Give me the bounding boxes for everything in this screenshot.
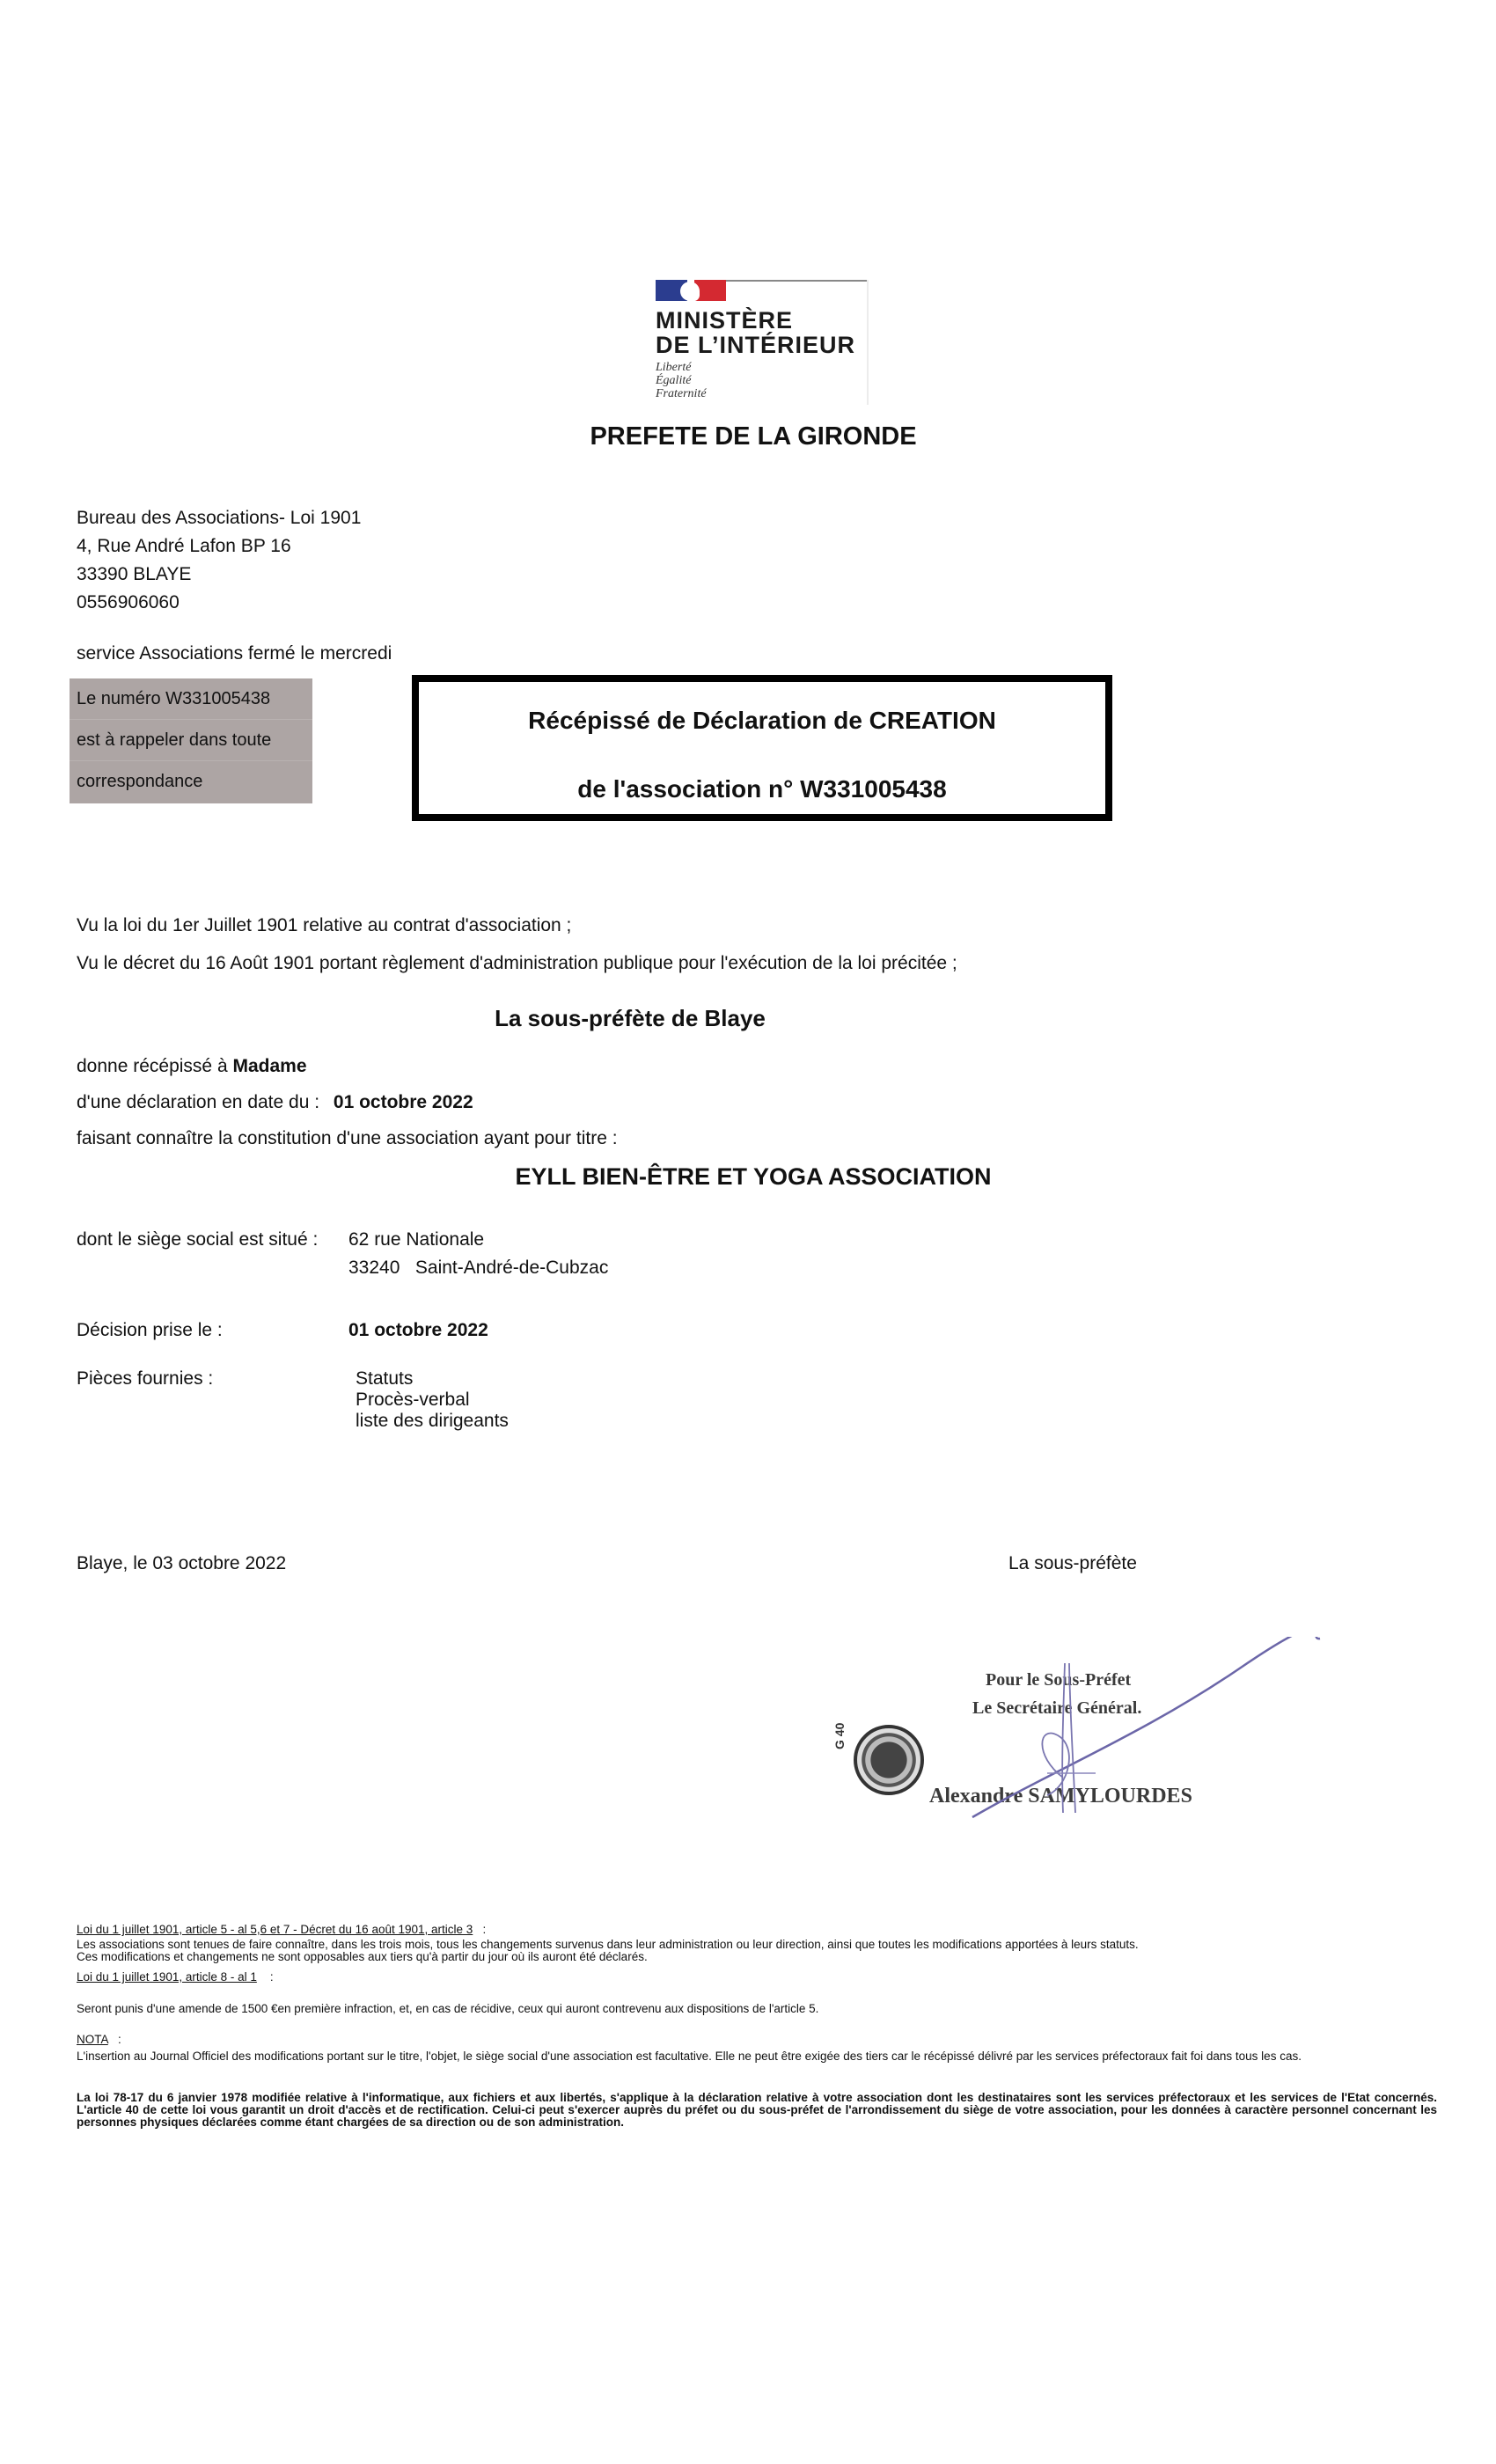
footer-paragraph-fine: Seront punis d'une amende de 1500 €en pr…: [77, 2003, 1449, 2015]
phone-number: 0556906060: [77, 589, 361, 617]
office-address: Bureau des Associations- Loi 1901 4, Rue…: [77, 504, 361, 617]
legal-basis-law: Vu la loi du 1er Juillet 1901 relative a…: [77, 915, 571, 936]
recipient-line: donne récépissé à Madame: [77, 1056, 307, 1077]
address-line: 4, Rue André Lafon BP 16: [77, 532, 361, 561]
document-item: liste des dirigeants: [356, 1411, 509, 1432]
decision-label: Décision prise le :: [77, 1320, 223, 1341]
documents-list: Statuts Procès-verbal liste des dirigean…: [356, 1368, 509, 1432]
reminder-line: Le numéro W331005438: [70, 678, 312, 720]
authority-heading: PREFETE DE LA GIRONDE: [0, 422, 1496, 451]
signature-block: G 40 Pour le Sous-Préfet Le Secrétaire G…: [827, 1637, 1338, 1848]
issuer-title: La sous-préfète de Blaye: [0, 1005, 1260, 1032]
footer-heading-article-5: Loi du 1 juillet 1901, article 5 - al 5,…: [77, 1924, 486, 1936]
recipient-name: Madame: [232, 1056, 306, 1076]
footer-paragraph-data-protection: La loi 78-17 du 6 janvier 1978 modifiée …: [77, 2092, 1437, 2129]
marianne-flag-icon: [656, 280, 726, 301]
address-line: Bureau des Associations- Loi 1901: [77, 504, 361, 532]
head-office-label: dont le siège social est situé :: [77, 1229, 318, 1250]
handwritten-signature-icon: [827, 1637, 1338, 1848]
logo-line-2: DE L’INTÉRIEUR: [656, 333, 855, 357]
head-office-street: 62 rue Nationale: [348, 1229, 484, 1250]
decision-date: 01 octobre 2022: [348, 1320, 488, 1341]
address-line: 33390 BLAYE: [77, 561, 361, 589]
documents-label: Pièces fournies :: [77, 1368, 213, 1390]
footer-heading-nota: NOTA :: [77, 2034, 121, 2046]
closed-notice: service Associations fermé le mercredi: [77, 643, 392, 664]
footer-heading-article-8: Loi du 1 juillet 1901, article 8 - al 1 …: [77, 1971, 274, 1984]
reference-reminder-box: Le numéro W331005438 est à rappeler dans…: [70, 678, 312, 803]
logo-motto: Liberté Égalité Fraternité: [656, 361, 707, 400]
document-item: Procès-verbal: [356, 1390, 509, 1411]
receipt-title: Récépissé de Déclaration de CREATION: [419, 707, 1105, 735]
association-number: de l'association n° W331005438: [419, 775, 1105, 803]
declaration-date: 01 octobre 2022: [334, 1092, 473, 1112]
footer-paragraph-changes: Les associations sont tenues de faire co…: [77, 1939, 1449, 1963]
constitution-statement: faisant connaître la constitution d'une …: [77, 1128, 618, 1149]
declaration-date-line: d'une déclaration en date du : 01 octobr…: [77, 1092, 473, 1113]
document-item: Statuts: [356, 1368, 509, 1390]
place-and-date: Blaye, le 03 octobre 2022: [77, 1553, 286, 1574]
receipt-title-box: Récépissé de Déclaration de CREATION de …: [412, 675, 1112, 821]
logo-line-1: MINISTÈRE: [656, 308, 793, 333]
head-office-city: 33240 Saint-André-de-Cubzac: [348, 1258, 608, 1279]
reminder-line: est à rappeler dans toute: [70, 720, 312, 761]
legal-basis-decree: Vu le décret du 16 Août 1901 portant règ…: [77, 953, 957, 974]
reminder-line: correspondance: [70, 761, 312, 803]
signer-title: La sous-préfète: [1008, 1553, 1137, 1574]
footer-paragraph-journal-officiel: L'insertion au Journal Officiel des modi…: [77, 2050, 1437, 2063]
ministry-logo: MINISTÈRE DE L’INTÉRIEUR Liberté Égalité…: [656, 280, 869, 405]
association-title: EYLL BIEN-ÊTRE ET YOGA ASSOCIATION: [0, 1163, 1496, 1191]
